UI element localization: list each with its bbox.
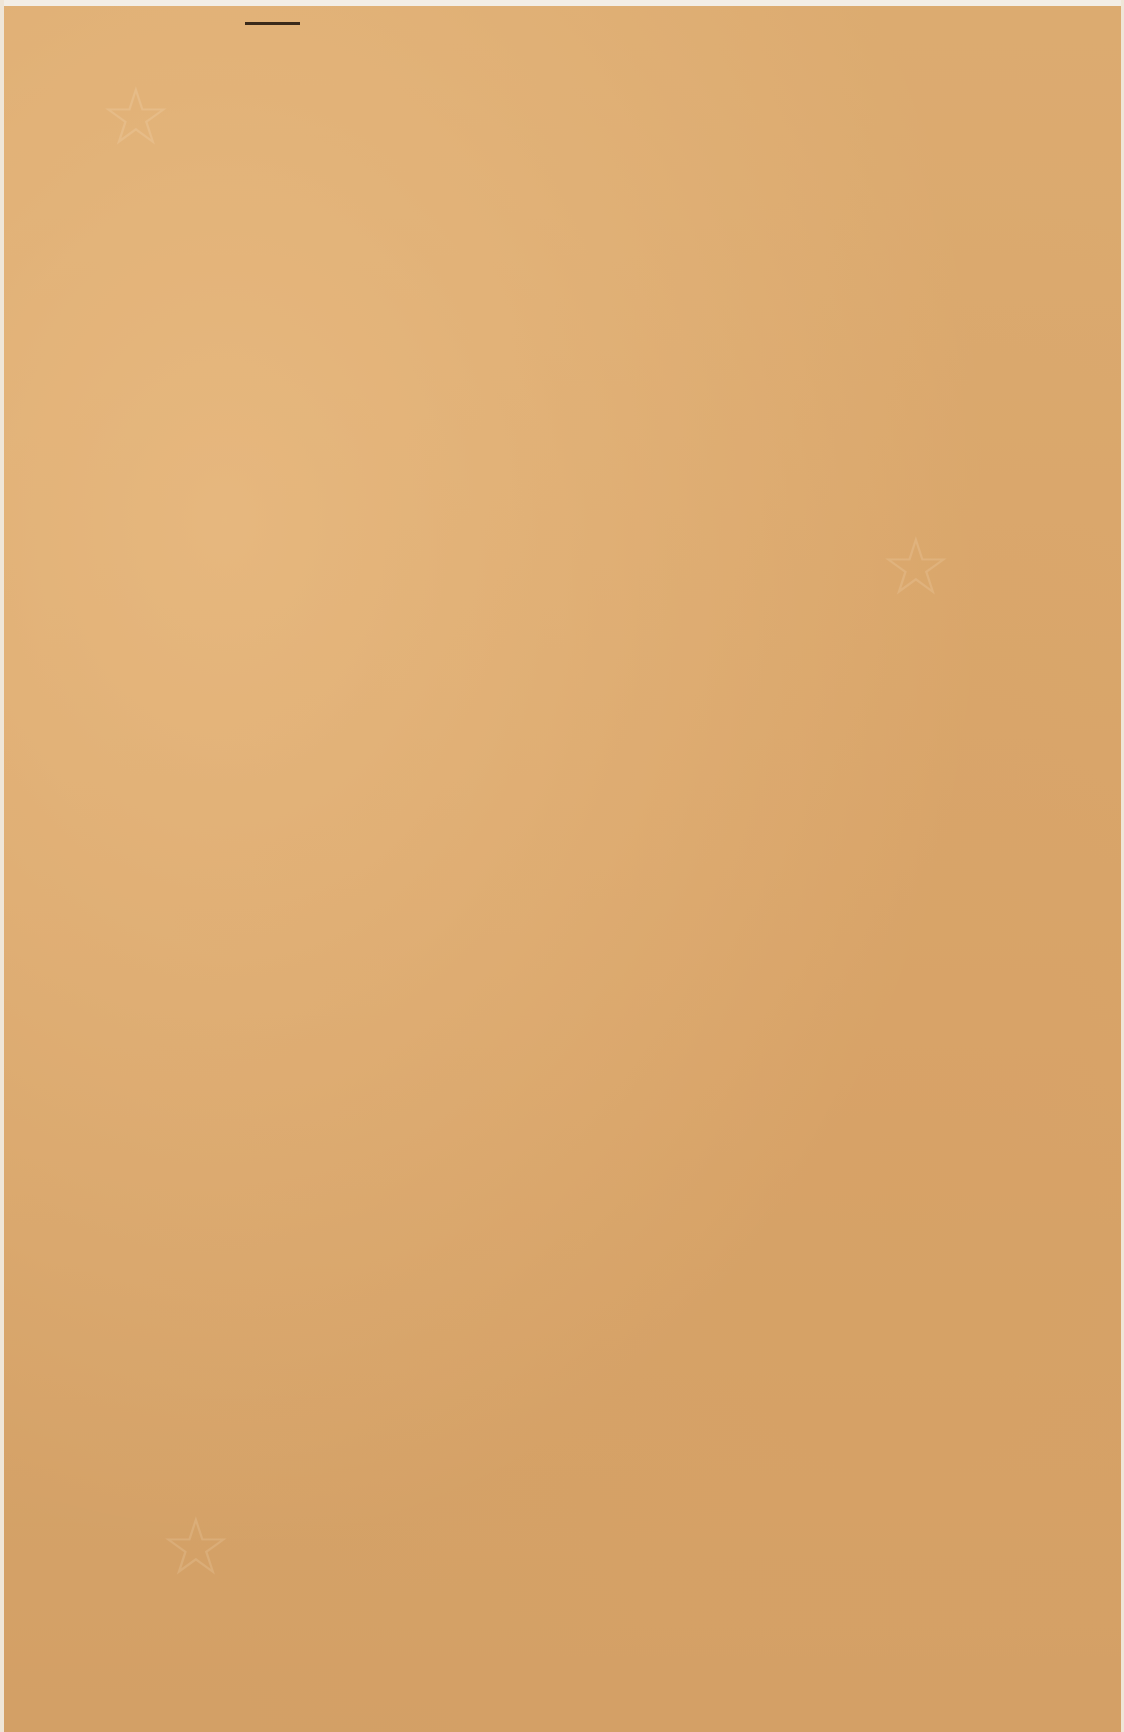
top-underline bbox=[245, 22, 300, 25]
page-edge-top bbox=[0, 0, 1124, 6]
document-page bbox=[0, 0, 1124, 1732]
page-edge-left bbox=[0, 0, 4, 1732]
